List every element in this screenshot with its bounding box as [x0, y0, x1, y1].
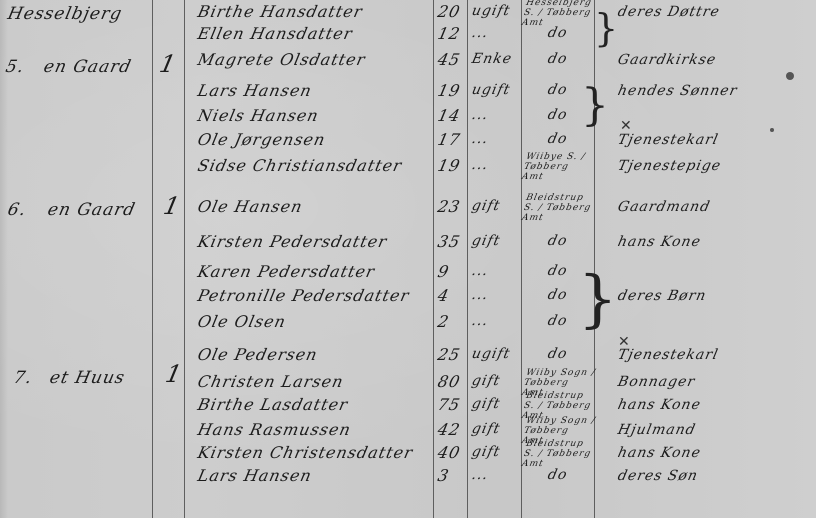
age-value: 25	[436, 345, 462, 364]
birthplace: Bleidstrup S. / Tøbberg Amt	[521, 193, 597, 223]
person-name: Lars Hansen	[196, 466, 314, 485]
person-name: Sidse Christiansdatter	[196, 156, 404, 175]
cross-mark: ✕	[620, 118, 632, 134]
brace-children: }	[578, 262, 617, 335]
household-label: en Gaard	[46, 200, 138, 220]
birthplace-ditto: do	[546, 82, 569, 98]
age-value: 3	[436, 466, 451, 485]
column-rule-families	[184, 0, 185, 518]
brace-daughters: }	[594, 6, 618, 50]
position-title: Gaardmand	[616, 199, 712, 215]
person-name: Kirsten Pedersdatter	[196, 232, 389, 251]
person-name: Hans Rasmussen	[196, 420, 353, 439]
birthplace: Wiibye S. / Tøbberg Amt	[521, 152, 597, 182]
marital-status: ugift	[470, 346, 512, 362]
cross-mark: ✕	[618, 334, 630, 350]
marital-status: ugift	[470, 3, 512, 19]
marital-status: ...	[470, 467, 490, 483]
marital-status: gift	[470, 373, 502, 389]
position-title: deres Døttre	[616, 4, 721, 20]
marital-status: gift	[470, 198, 502, 214]
marital-status: ...	[470, 157, 490, 173]
birthplace-ditto: do	[546, 107, 569, 123]
position-title: Tjenestekarl	[616, 132, 720, 148]
person-name: Ole Hansen	[196, 197, 305, 216]
age-value: 23	[436, 197, 462, 216]
person-name: Kirsten Christensdatter	[196, 443, 415, 462]
age-value: 75	[436, 395, 462, 414]
age-value: 14	[436, 106, 462, 125]
birthplace-ditto: do	[546, 313, 569, 329]
age-value: 19	[436, 81, 462, 100]
age-value: 80	[436, 372, 462, 391]
family-count: 1	[163, 360, 185, 388]
person-name: Niels Hansen	[196, 106, 321, 125]
birthplace-ditto: do	[546, 467, 569, 483]
marital-status: gift	[470, 233, 502, 249]
household-label: et Huus	[48, 368, 127, 388]
position-title: Hjulmand	[616, 422, 697, 438]
marital-status: ...	[470, 287, 490, 303]
household-number: 7.	[12, 368, 34, 388]
marital-status: gift	[470, 444, 502, 460]
household-label: en Gaard	[42, 57, 134, 77]
family-count: 1	[157, 50, 179, 78]
position-title: hendes Sønner	[616, 83, 739, 99]
marital-status: ...	[470, 263, 490, 279]
birthplace-ditto: do	[546, 346, 569, 362]
age-value: 35	[436, 232, 462, 251]
position-title: hans Kone	[616, 397, 702, 413]
person-name: Ole Jørgensen	[196, 130, 328, 149]
column-rule-age	[433, 0, 434, 518]
age-value: 17	[436, 130, 462, 149]
marital-status: gift	[470, 396, 502, 412]
birthplace-ditto: do	[546, 25, 569, 41]
birthplace-ditto: do	[546, 51, 569, 67]
person-name: Ole Olsen	[196, 312, 288, 331]
birthplace-ditto: do	[546, 131, 569, 147]
position-title: deres Søn	[616, 468, 699, 484]
birthplace: Bleidstrup S. / Tøbberg Amt	[521, 439, 597, 469]
marital-status: ...	[470, 25, 490, 41]
column-rule-place	[152, 0, 153, 518]
age-value: 45	[436, 50, 462, 69]
birthplace: Hesselbjerg S. / Tøbberg Amt	[521, 0, 597, 28]
birthplace-ditto: do	[546, 287, 569, 303]
position-title: Bonnager	[616, 374, 696, 390]
person-name: Ole Pedersen	[196, 345, 320, 364]
position-title: hans Kone	[616, 445, 702, 461]
age-value: 20	[436, 2, 462, 21]
marital-status: gift	[470, 421, 502, 437]
person-name: Magrete Olsdatter	[196, 50, 368, 69]
ink-spot	[770, 128, 774, 132]
age-value: 12	[436, 24, 462, 43]
household-number: 5.	[4, 57, 26, 77]
person-name: Christen Larsen	[196, 372, 346, 391]
position-title: Tjenestepige	[616, 158, 722, 174]
household-number: 6.	[6, 200, 28, 220]
birthplace-ditto: do	[546, 263, 569, 279]
person-name: Petronille Pedersdatter	[196, 286, 411, 305]
position-title: hans Kone	[616, 234, 702, 250]
person-name: Ellen Hansdatter	[196, 24, 355, 43]
family-count: 1	[161, 192, 183, 220]
age-value: 4	[436, 286, 451, 305]
marital-status: ...	[470, 107, 490, 123]
person-name: Birthe Lasdatter	[196, 395, 350, 414]
age-value: 19	[436, 156, 462, 175]
birthplace-ditto: do	[546, 233, 569, 249]
person-name: Lars Hansen	[196, 81, 314, 100]
age-value: 2	[436, 312, 451, 331]
age-value: 42	[436, 420, 462, 439]
age-value: 40	[436, 443, 462, 462]
column-rule-status	[467, 0, 468, 518]
position-title: Gaardkirkse	[616, 52, 718, 68]
position-title: deres Børn	[616, 288, 708, 304]
marital-status: Enke	[470, 51, 513, 67]
census-page-scan: Hesselbjerg 5. en Gaard 1 6. en Gaard 1 …	[0, 0, 816, 518]
ink-spot	[786, 72, 794, 80]
marital-status: ...	[470, 131, 490, 147]
marital-status: ugift	[470, 82, 512, 98]
brace-sons: }	[581, 80, 609, 131]
marital-status: ...	[470, 313, 490, 329]
person-name: Karen Pedersdatter	[196, 262, 377, 281]
parish-header: Hesselbjerg	[6, 4, 124, 24]
person-name: Birthe Hansdatter	[196, 2, 365, 21]
position-title: Tjenestekarl	[616, 347, 720, 363]
age-value: 9	[436, 262, 451, 281]
